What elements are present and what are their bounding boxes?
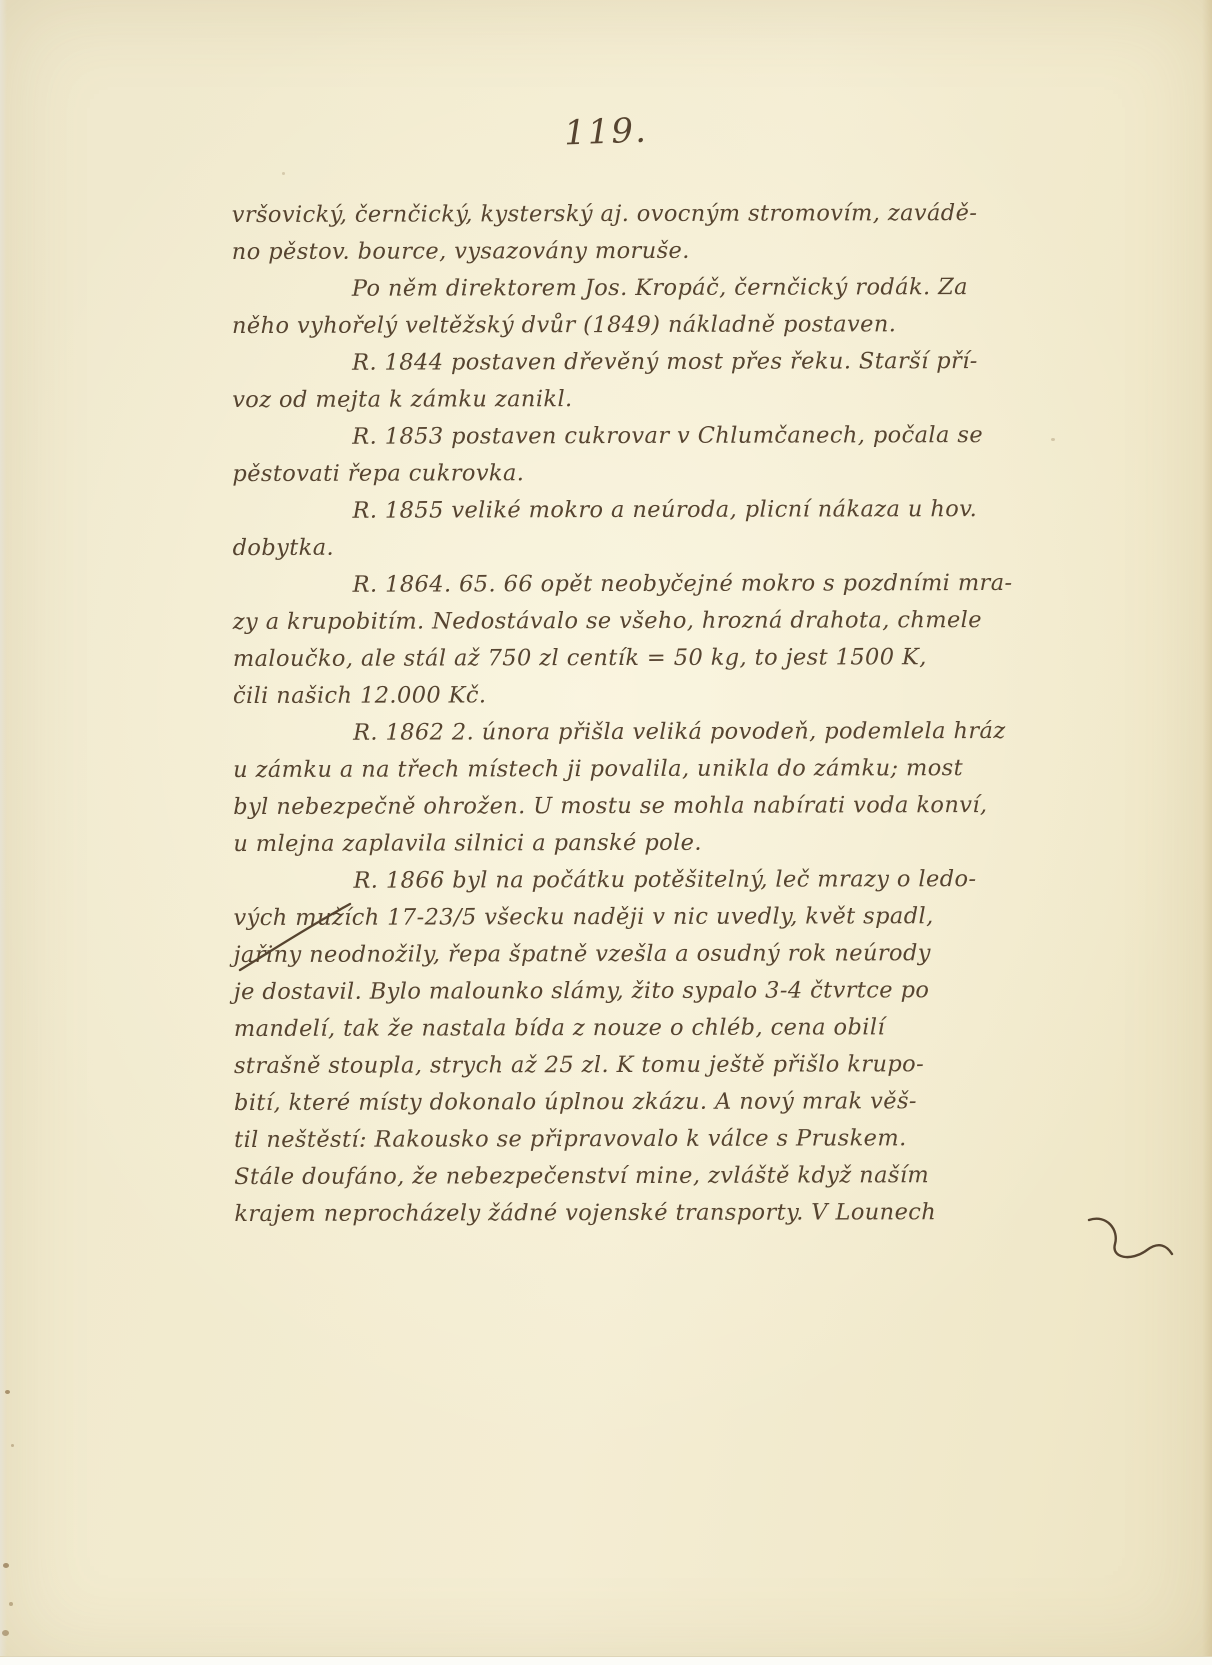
manuscript-line: R. 1844 postaven dřevěný most přes řeku.… bbox=[232, 343, 1007, 382]
foxing-speck bbox=[282, 172, 285, 175]
manuscript-line: u mlejna zaplavila silnici a panské pole… bbox=[233, 824, 1008, 863]
foxing-speck bbox=[5, 1390, 10, 1394]
manuscript-line: byl nebezpečně ohrožen. U mostu se mohla… bbox=[233, 787, 1008, 826]
manuscript-line: dobytka. bbox=[233, 528, 1008, 567]
manuscript-line: maloučko, ale stál až 750 zl centík = 50… bbox=[233, 639, 1008, 678]
manuscript-line: R. 1853 postaven cukrovar v Chlumčanech,… bbox=[232, 417, 1007, 456]
manuscript-line: čili našich 12.000 Kč. bbox=[233, 676, 1008, 715]
manuscript-line: til neštěstí: Rakousko se připravovalo k… bbox=[234, 1120, 1009, 1159]
foxing-speck bbox=[3, 1563, 9, 1568]
manuscript-line: vršovický, černčický, kysterský aj. ovoc… bbox=[232, 195, 1007, 234]
foxing-speck bbox=[1051, 438, 1055, 441]
manuscript-line: bití, které místy dokonalo úplnou zkázu.… bbox=[234, 1083, 1009, 1122]
manuscript-line: zy a krupobitím. Nedostávalo se všeho, h… bbox=[233, 602, 1008, 641]
scan-edge-left bbox=[0, 0, 7, 1665]
foxing-speck bbox=[9, 1602, 13, 1606]
manuscript-line: R. 1855 veliké mokro a neúroda, plicní n… bbox=[232, 491, 1007, 530]
manuscript-line: R. 1862 2. února přišla veliká povodeň, … bbox=[233, 713, 1008, 752]
manuscript-lines: vršovický, černčický, kysterský aj. ovoc… bbox=[232, 195, 1010, 1233]
manuscript-line: je dostavil. Bylo malounko slámy, žito s… bbox=[234, 972, 1009, 1011]
margin-pen-stroke-icon bbox=[238, 898, 358, 973]
manuscript-line: Stále doufáno, že nebezpečenství mine, z… bbox=[234, 1157, 1009, 1196]
manuscript-page: 119. vršovický, černčický, kysterský aj.… bbox=[0, 0, 1212, 1665]
scan-edge-bottom bbox=[0, 1656, 1212, 1665]
foxing-speck bbox=[11, 1444, 14, 1447]
manuscript-line: R. 1866 byl na počátku potěšitelný, leč … bbox=[233, 861, 1008, 900]
manuscript-line: Po něm direktorem Jos. Kropáč, černčický… bbox=[232, 269, 1007, 308]
end-pen-flourish-icon bbox=[1085, 1212, 1175, 1267]
foxing-speck bbox=[2, 1630, 9, 1636]
manuscript-line: krajem neprocházely žádné vojenské trans… bbox=[234, 1194, 1009, 1233]
manuscript-line: voz od mejta k zámku zanikl. bbox=[232, 380, 1007, 419]
page-number: 119. bbox=[455, 107, 756, 157]
manuscript-line: něho vyhořelý veltěžský dvůr (1849) nákl… bbox=[232, 306, 1007, 345]
manuscript-line: pěstovati řepa cukrovka. bbox=[232, 454, 1007, 493]
manuscript-line: strašně stoupla, strych až 25 zl. K tomu… bbox=[234, 1046, 1009, 1085]
manuscript-line: no pěstov. bource, vysazovány moruše. bbox=[232, 232, 1007, 271]
manuscript-line: mandelí, tak že nastala bída z nouze o c… bbox=[234, 1009, 1009, 1048]
manuscript-line: u zámku a na třech místech ji povalila, … bbox=[233, 750, 1008, 789]
scan-edge-right bbox=[1202, 0, 1212, 1665]
manuscript-line: R. 1864. 65. 66 opět neobyčejné mokro s … bbox=[233, 565, 1008, 604]
